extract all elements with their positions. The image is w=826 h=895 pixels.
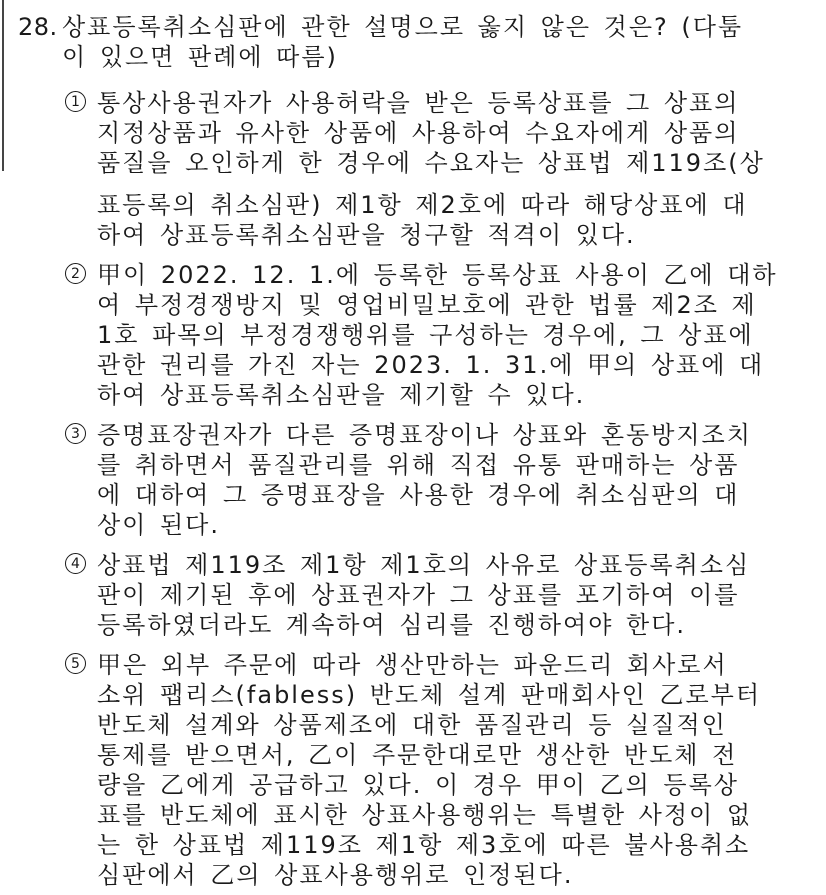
option-text-line: 표를 반도체에 표시한 상표사용행위는 특별한 사정이 없 — [97, 800, 761, 830]
option-4-marker: 4 — [65, 550, 97, 574]
option-1-text: 통상사용권자가 사용허락을 받은 등록상표를 그 상표의 지정상품과 유사한 상… — [97, 88, 765, 250]
question-text: 상표등록취소심판에 관한 설명으로 옳지 않은 것은? (다툼 이 있으면 판례… — [62, 12, 743, 72]
option-text-line: 지정상품과 유사한 상품에 사용하여 수요자에게 상품의 — [97, 118, 765, 148]
question-block: 28. 상표등록취소심판에 관한 설명으로 옳지 않은 것은? (다툼 이 있으… — [18, 12, 778, 890]
option-text-line: 량을 乙에게 공급하고 있다. 이 경우 甲이 乙의 등록상 — [97, 770, 761, 800]
question: 28. 상표등록취소심판에 관한 설명으로 옳지 않은 것은? (다툼 이 있으… — [18, 12, 778, 72]
option-1-segment: 표등록의 취소심판) 제1항 제2호에 따라 해당상표에 대 하여 상표등록취소… — [97, 190, 765, 250]
option-1-marker: 1 — [65, 88, 97, 112]
option-3-marker: 3 — [65, 420, 97, 444]
option-2-text: 甲이 2022. 12. 1.에 등록한 등록상표 사용이 乙에 대하 여 부정… — [97, 260, 778, 410]
option-5-marker: 5 — [65, 650, 97, 674]
circled-digit-2: 2 — [65, 263, 86, 284]
question-line: 상표등록취소심판에 관한 설명으로 옳지 않은 것은? (다툼 — [62, 12, 743, 42]
option-text-line: 상이 된다. — [97, 510, 752, 540]
option-2-segment: 甲이 2022. 12. 1.에 등록한 등록상표 사용이 乙에 대하 여 부정… — [97, 260, 778, 410]
circled-digit-5: 5 — [65, 653, 86, 674]
option-1-segment: 통상사용권자가 사용허락을 받은 등록상표를 그 상표의 지정상품과 유사한 상… — [97, 88, 765, 178]
option-2-marker: 2 — [65, 260, 97, 284]
option-text-line: 품질을 오인하게 한 경우에 수요자는 상표법 제119조(상 — [97, 148, 765, 178]
option-3-text: 증명표장권자가 다른 증명표장이나 상표와 혼동방지조치 를 취하면서 품질관리… — [97, 420, 752, 540]
options-list: 1 통상사용권자가 사용허락을 받은 등록상표를 그 상표의 지정상품과 유사한… — [65, 88, 778, 890]
option-4-text: 상표법 제119조 제1항 제1호의 사유로 상표등록취소심 판이 제기된 후에… — [97, 550, 750, 640]
option-text-line: 를 취하면서 품질관리를 위해 직접 유통 판매하는 상품 — [97, 450, 752, 480]
option-text-line: 증명표장권자가 다른 증명표장이나 상표와 혼동방지조치 — [97, 420, 752, 450]
option-text-line: 판이 제기된 후에 상표권자가 그 상표를 포기하여 이를 — [97, 580, 750, 610]
option-4-segment: 상표법 제119조 제1항 제1호의 사유로 상표등록취소심 판이 제기된 후에… — [97, 550, 750, 640]
option-text-line: 여 부정경쟁방지 및 영업비밀보호에 관한 법률 제2조 제 — [97, 290, 778, 320]
option-4: 4 상표법 제119조 제1항 제1호의 사유로 상표등록취소심 판이 제기된 … — [65, 550, 778, 640]
option-text-line: 심판에서 乙의 상표사용행위로 인정된다. — [97, 860, 761, 890]
option-text-line: 표등록의 취소심판) 제1항 제2호에 따라 해당상표에 대 — [97, 190, 765, 220]
option-2: 2 甲이 2022. 12. 1.에 등록한 등록상표 사용이 乙에 대하 여 … — [65, 260, 778, 410]
option-5-text: 甲은 외부 주문에 따라 생산만하는 파운드리 회사로서 소위 팹리스(fabl… — [97, 650, 761, 890]
option-text-line: 상표법 제119조 제1항 제1호의 사유로 상표등록취소심 — [97, 550, 750, 580]
option-text-line: 甲은 외부 주문에 따라 생산만하는 파운드리 회사로서 — [97, 650, 761, 680]
option-3: 3 증명표장권자가 다른 증명표장이나 상표와 혼동방지조치 를 취하면서 품질… — [65, 420, 778, 540]
option-1: 1 통상사용권자가 사용허락을 받은 등록상표를 그 상표의 지정상품과 유사한… — [65, 88, 778, 250]
circled-digit-4: 4 — [65, 553, 86, 574]
option-text-line: 에 대하여 그 증명표장을 사용한 경우에 취소심판의 대 — [97, 480, 752, 510]
option-text-line: 등록하였더라도 계속하여 심리를 진행하여야 한다. — [97, 610, 750, 640]
option-text-line: 하여 상표등록취소심판을 제기할 수 있다. — [97, 380, 778, 410]
option-text-line: 반도체 설계와 상품제조에 대한 품질관리 등 실질적인 — [97, 710, 761, 740]
option-text-line: 통상사용권자가 사용허락을 받은 등록상표를 그 상표의 — [97, 88, 765, 118]
circled-digit-1: 1 — [65, 91, 86, 112]
option-text-line: 관한 권리를 가진 자는 2023. 1. 31.에 甲의 상표에 대 — [97, 350, 778, 380]
option-3-segment: 증명표장권자가 다른 증명표장이나 상표와 혼동방지조치 를 취하면서 품질관리… — [97, 420, 752, 540]
circled-digit-3: 3 — [65, 423, 86, 444]
option-text-line: 소위 팹리스(fabless) 반도체 설계 판매회사인 乙로부터 — [97, 680, 761, 710]
question-line: 이 있으면 판례에 따름) — [62, 42, 743, 72]
option-text-line: 통제를 받으면서, 乙이 주문한대로만 생산한 반도체 전 — [97, 740, 761, 770]
exam-page: 28. 상표등록취소심판에 관한 설명으로 옳지 않은 것은? (다툼 이 있으… — [0, 0, 826, 895]
option-text-line: 甲이 2022. 12. 1.에 등록한 등록상표 사용이 乙에 대하 — [97, 260, 778, 290]
question-number: 28. — [18, 12, 62, 42]
option-text-line: 는 한 상표법 제119조 제1항 제3호에 따른 불사용취소 — [97, 830, 761, 860]
option-text-line: 하여 상표등록취소심판을 청구할 적격이 있다. — [97, 220, 765, 250]
page-edge-rule — [2, 0, 4, 171]
option-5-segment: 甲은 외부 주문에 따라 생산만하는 파운드리 회사로서 소위 팹리스(fabl… — [97, 650, 761, 890]
option-5: 5 甲은 외부 주문에 따라 생산만하는 파운드리 회사로서 소위 팹리스(fa… — [65, 650, 778, 890]
option-text-line: 1호 파목의 부정경쟁행위를 구성하는 경우에, 그 상표에 — [97, 320, 778, 350]
